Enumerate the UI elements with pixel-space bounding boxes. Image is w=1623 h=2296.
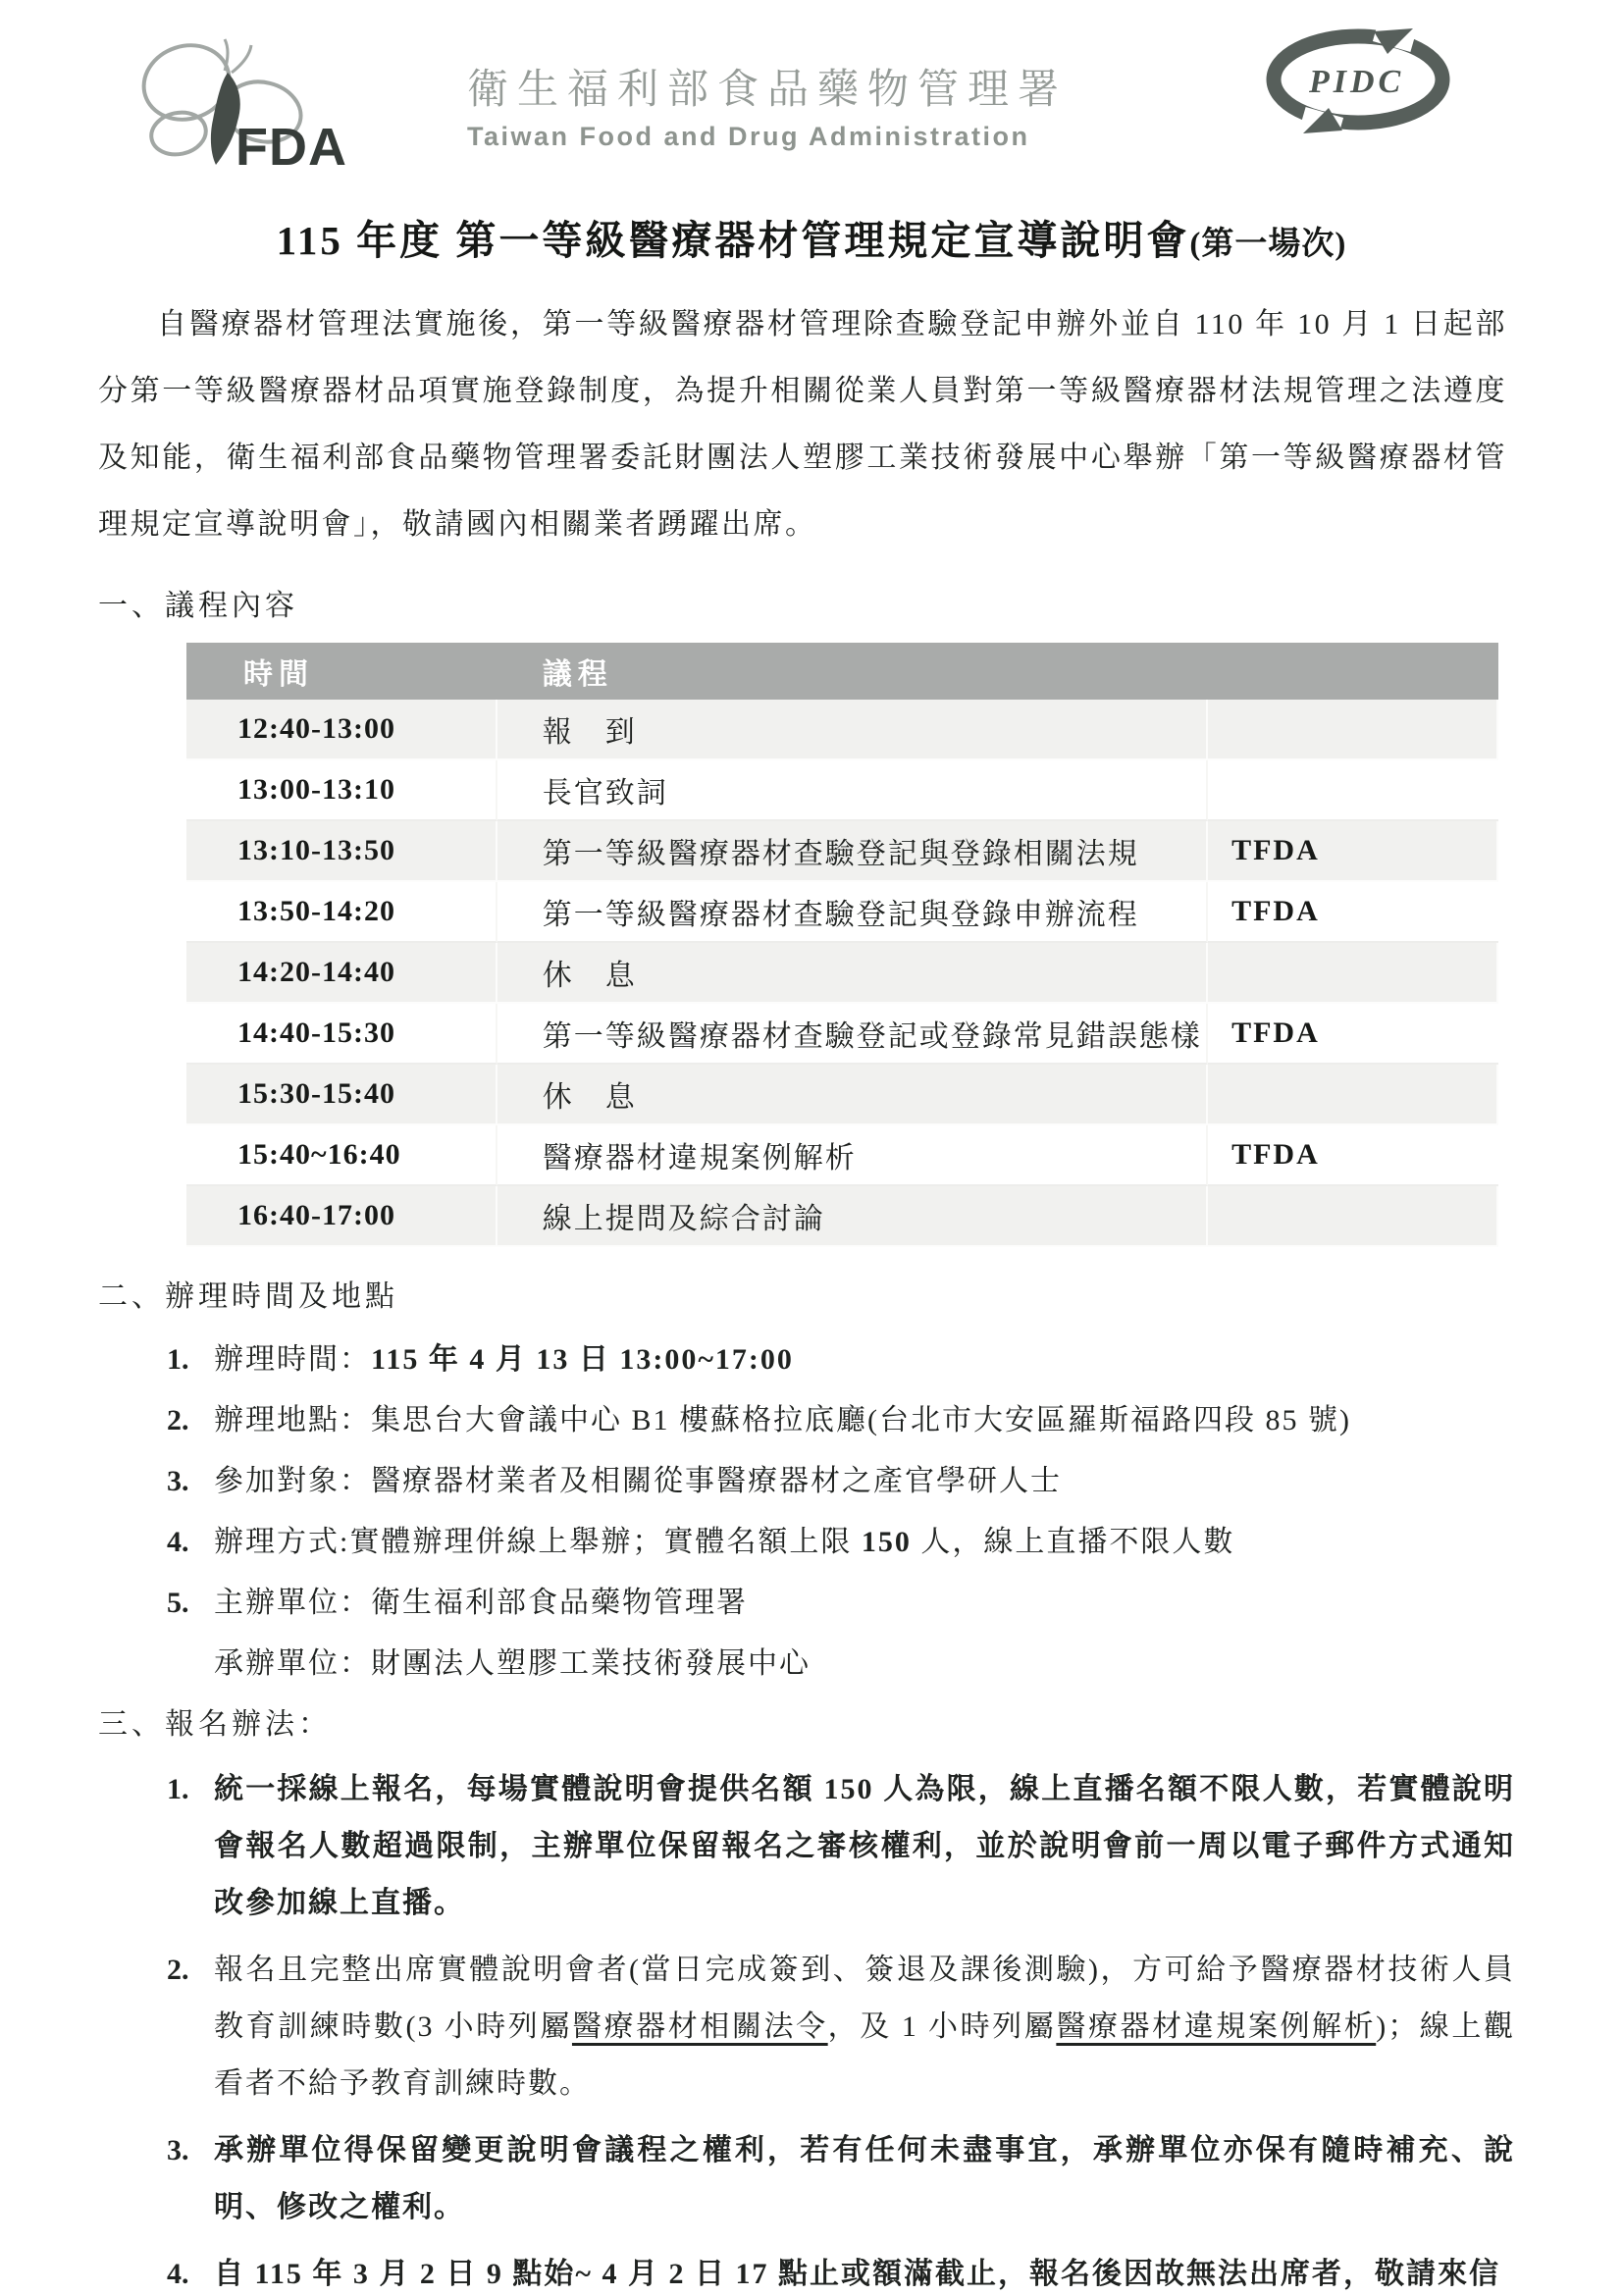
cell-speaker: TFDA <box>1208 821 1498 882</box>
cell-speaker <box>1208 1065 1498 1125</box>
item-number: 1. <box>167 1339 214 1381</box>
table-row: 13:10-13:50 第一等級醫療器材查驗登記與登錄相關法規 TFDA <box>186 821 1498 882</box>
col-header-time: 時間 <box>186 643 497 700</box>
list-item: 5. 主辦單位： 衛生福利部食品藥物管理署 <box>167 1583 1623 1624</box>
item-label: 主辦單位： <box>214 1583 371 1624</box>
item-label: 辦理方式: <box>214 1522 349 1563</box>
section-heading-logistics: 二、辦理時間及地點 <box>98 1277 1623 1318</box>
table-row: 14:20-14:40 休 息 <box>186 943 1498 1004</box>
list-item: 4. 辦理方式: 實體辦理併線上舉辦；實體名額上限 150 人，線上直播不限人數 <box>167 1522 1623 1563</box>
item-number <box>167 1644 214 1685</box>
logistics-list: 1. 辦理時間： 115 年 4 月 13 日 13:00~17:00 2. 辦… <box>167 1339 1623 1685</box>
pidc-logo-icon: PIDC <box>1260 27 1456 135</box>
page-title-suffix: (第一場次) <box>1189 227 1346 262</box>
item-text-mid: ，及 1 小時列屬 <box>828 2010 1057 2043</box>
table-row: 15:30-15:40 休 息 <box>186 1065 1498 1125</box>
agenda-header-row: 時間 議程 <box>186 643 1498 700</box>
item-text: 自 115 年 3 月 2 日 9 點始~ 4 月 2 日 17 點止或額滿截止… <box>214 2246 1515 2296</box>
item-number: 2. <box>167 1400 214 1441</box>
cell-program: 報 到 <box>497 700 1208 760</box>
list-item: 2. 辦理地點： 集思台大會議中心 B1 樓蘇格拉底廳(台北市大安區羅斯福路四段… <box>167 1400 1623 1441</box>
cell-time: 15:40~16:40 <box>186 1125 497 1186</box>
item-value: 醫療器材業者及相關從事醫療器材之產官學研人士 <box>371 1461 1062 1502</box>
tfda-chinese-name: 衛生福利部食品藥物管理署 <box>467 57 1068 116</box>
registration-list: 1. 統一採線上報名，每場實體說明會提供名額 150 人為限，線上直播名額不限人… <box>167 1761 1623 2296</box>
table-row: 14:40-15:30 第一等級醫療器材查驗登記或登錄常見錯誤態樣 TFDA <box>186 1004 1498 1065</box>
item-value: 實體辦理併線上舉辦；實體名額上限 150 人，線上直播不限人數 <box>349 1522 1234 1563</box>
pidc-label-text: PIDC <box>1308 64 1404 100</box>
cell-time: 13:50-14:20 <box>186 882 497 943</box>
cell-speaker <box>1208 760 1498 821</box>
tfda-logo: FDA 衛生福利部食品藥物管理署 Taiwan Food and Drug Ad… <box>126 27 1068 175</box>
table-row: 16:40-17:00 線上提問及綜合討論 <box>186 1186 1498 1247</box>
item-label: 辦理地點： <box>214 1400 371 1441</box>
document-header: FDA 衛生福利部食品藥物管理署 Taiwan Food and Drug Ad… <box>0 0 1623 175</box>
page-title: 115 年度 第一等級醫療器材管理規定宣導說明會(第一場次) <box>0 208 1623 266</box>
item-value: 集思台大會議中心 B1 樓蘇格拉底廳(台北市大安區羅斯福路四段 85 號) <box>371 1400 1351 1441</box>
cell-speaker <box>1208 1186 1498 1247</box>
page-title-main: 115 年度 第一等級醫療器材管理規定宣導說明會 <box>277 218 1190 263</box>
col-header-speaker <box>1208 643 1498 700</box>
item-number: 4. <box>167 1522 214 1563</box>
item-label: 承辦單位： <box>214 1644 371 1685</box>
cell-time: 13:10-13:50 <box>186 821 497 882</box>
cell-program: 休 息 <box>497 1065 1208 1125</box>
tfda-logo-names: 衛生福利部食品藥物管理署 Taiwan Food and Drug Admini… <box>467 27 1068 152</box>
table-row: 15:40~16:40 醫療器材違規案例解析 TFDA <box>186 1125 1498 1186</box>
cell-time: 13:00-13:10 <box>186 760 497 821</box>
underlined-term: 醫療器材相關法令 <box>572 2010 828 2043</box>
item-number: 3. <box>167 1461 214 1502</box>
cell-speaker: TFDA <box>1208 1125 1498 1186</box>
item-value: 衛生福利部食品藥物管理署 <box>371 1583 748 1624</box>
item-value-post: 人，線上直播不限人數 <box>912 1526 1235 1558</box>
cell-speaker <box>1208 943 1498 1004</box>
item-number: 4. <box>167 2246 214 2296</box>
cell-speaker: TFDA <box>1208 1004 1498 1065</box>
cell-speaker <box>1208 700 1498 760</box>
intro-paragraph: 自醫療器材管理法實施後，第一等級醫療器材管理除查驗登記申辦外並自 110 年 1… <box>98 291 1507 558</box>
document-page: FDA 衛生福利部食品藥物管理署 Taiwan Food and Drug Ad… <box>0 0 1623 2296</box>
table-row: 13:00-13:10 長官致詞 <box>186 760 1498 821</box>
item-number: 2. <box>167 1942 214 2113</box>
butterfly-icon: FDA <box>126 27 449 175</box>
cell-time: 14:20-14:40 <box>186 943 497 1004</box>
section-heading-registration: 三、報名辦法： <box>98 1704 1623 1746</box>
table-row: 12:40-13:00 報 到 <box>186 700 1498 760</box>
list-item: 1. 辦理時間： 115 年 4 月 13 日 13:00~17:00 <box>167 1339 1623 1381</box>
cell-time: 16:40-17:00 <box>186 1186 497 1247</box>
item-number: 3. <box>167 2122 214 2236</box>
cell-time: 12:40-13:00 <box>186 700 497 760</box>
cell-time: 15:30-15:40 <box>186 1065 497 1125</box>
cell-program: 醫療器材違規案例解析 <box>497 1125 1208 1186</box>
cell-program: 第一等級醫療器材查驗登記與登錄申辦流程 <box>497 882 1208 943</box>
item-value-pre: 實體辦理併線上舉辦；實體名額上限 <box>349 1526 862 1558</box>
table-row: 13:50-14:20 第一等級醫療器材查驗登記與登錄申辦流程 TFDA <box>186 882 1498 943</box>
item-value: 財團法人塑膠工業技術發展中心 <box>371 1644 811 1685</box>
list-item: 1. 統一採線上報名，每場實體說明會提供名額 150 人為限，線上直播名額不限人… <box>167 1761 1623 1932</box>
fda-abbr-text: FDA <box>236 118 347 175</box>
item-value-number: 150 <box>862 1526 912 1558</box>
cell-speaker: TFDA <box>1208 882 1498 943</box>
item-label: 辦理時間： <box>214 1339 371 1381</box>
list-item: 2. 報名且完整出席實體說明會者(當日完成簽到、簽退及課後測驗)，方可給予醫療器… <box>167 1942 1623 2113</box>
agenda-table: 時間 議程 12:40-13:00 報 到 13:00-13:10 長官致詞 1… <box>186 643 1498 1247</box>
cell-program: 第一等級醫療器材查驗登記與登錄相關法規 <box>497 821 1208 882</box>
item-text: 統一採線上報名，每場實體說明會提供名額 150 人為限，線上直播名額不限人數，若… <box>214 1761 1515 1932</box>
cell-program: 第一等級醫療器材查驗登記或登錄常見錯誤態樣 <box>497 1004 1208 1065</box>
underlined-term: 醫療器材違規案例解析 <box>1056 2010 1376 2043</box>
section-heading-agenda: 一、議程內容 <box>98 586 1623 627</box>
cell-program: 長官致詞 <box>497 760 1208 821</box>
list-item: 3. 承辦單位得保留變更說明會議程之權利，若有任何未盡事宜，承辦單位亦保有隨時補… <box>167 2122 1623 2236</box>
tfda-english-name: Taiwan Food and Drug Administration <box>467 122 1068 152</box>
item-number: 1. <box>167 1761 214 1932</box>
col-header-program: 議程 <box>497 643 1208 700</box>
list-item: 承辦單位： 財團法人塑膠工業技術發展中心 <box>167 1644 1623 1685</box>
item-label: 參加對象： <box>214 1461 371 1502</box>
item-value: 115 年 4 月 13 日 13:00~17:00 <box>371 1339 794 1381</box>
cell-program: 線上提問及綜合討論 <box>497 1186 1208 1247</box>
item-number: 5. <box>167 1583 214 1624</box>
item-text: 報名且完整出席實體說明會者(當日完成簽到、簽退及課後測驗)，方可給予醫療器材技術… <box>214 1942 1515 2113</box>
list-item: 3. 參加對象： 醫療器材業者及相關從事醫療器材之產官學研人士 <box>167 1461 1623 1502</box>
list-item: 4. 自 115 年 3 月 2 日 9 點始~ 4 月 2 日 17 點止或額… <box>167 2246 1623 2296</box>
cell-program: 休 息 <box>497 943 1208 1004</box>
cell-time: 14:40-15:30 <box>186 1004 497 1065</box>
item-text: 承辦單位得保留變更說明會議程之權利，若有任何未盡事宜，承辦單位亦保有隨時補充、說… <box>214 2122 1515 2236</box>
